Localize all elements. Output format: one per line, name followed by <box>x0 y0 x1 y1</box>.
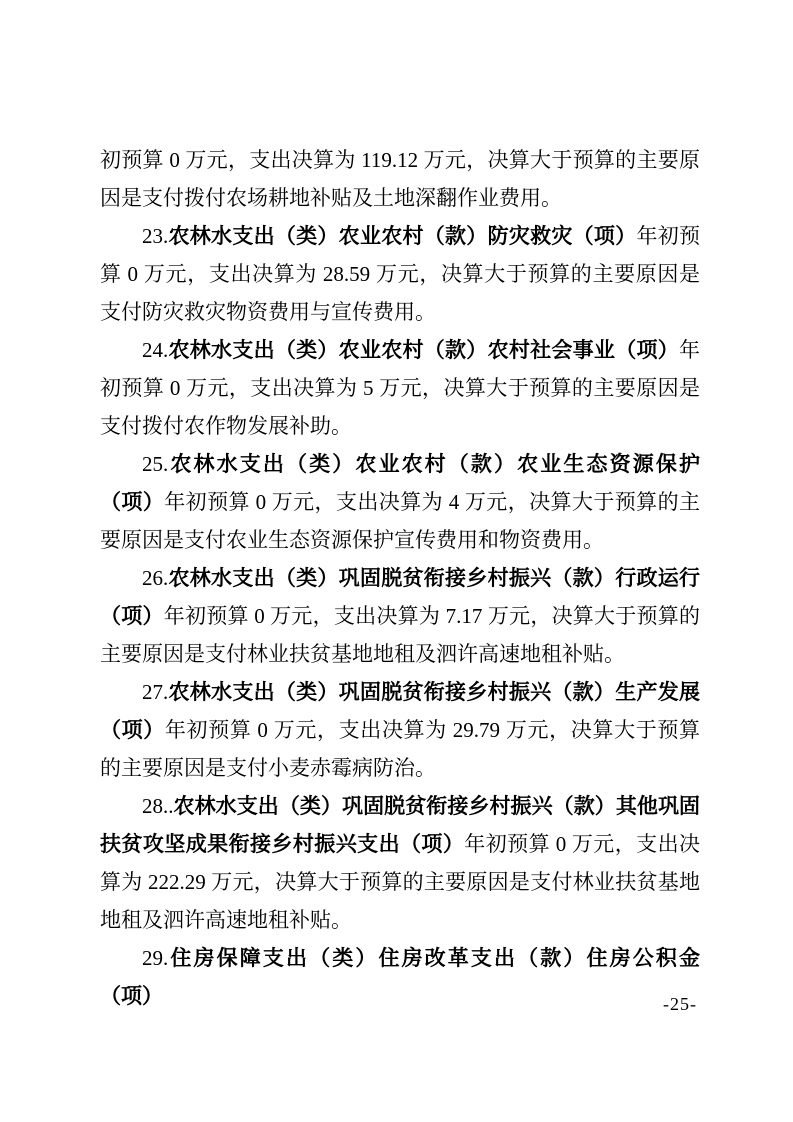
budget-item-text: 26. <box>142 566 168 590</box>
budget-item-text: 初预算 0 万元，支出决算为 119.12 万元，决算大于预算的主要原因是支付拨… <box>100 148 700 210</box>
budget-item-heading: 农林水支出（类）农业农村（款）防灾救灾（项） <box>168 224 636 248</box>
item-29: 29.住房保障支出（类）住房改革支出（款）住房公积金（项） <box>100 939 700 1015</box>
item-27: 27.农林水支出（类）巩固脱贫衔接乡村振兴（款）生产发展（项）年初预算 0 万元… <box>100 673 700 787</box>
budget-item-text: 28.. <box>142 794 174 818</box>
item-22-continuation: 初预算 0 万元，支出决算为 119.12 万元，决算大于预算的主要原因是支付拨… <box>100 141 700 217</box>
budget-item-text: 年初预算 0 万元，支出决算为 4 万元，决算大于预算的主要原因是支付农业生态资… <box>100 490 700 552</box>
page-number: -25- <box>663 994 697 1015</box>
budget-item-heading: 农林水支出（类）农业农村（款）农村社会事业（项） <box>168 338 679 362</box>
item-26: 26.农林水支出（类）巩固脱贫衔接乡村振兴（款）行政运行（项）年初预算 0 万元… <box>100 559 700 673</box>
budget-item-text: 年初预算 0 万元，支出决算为 29.79 万元，决算大于预算的主要原因是支付小… <box>100 718 700 780</box>
budget-item-text: 27. <box>142 680 168 704</box>
item-25: 25.农林水支出（类）农业农村（款）农业生态资源保护（项）年初预算 0 万元，支… <box>100 445 700 559</box>
budget-item-text: 23. <box>142 224 168 248</box>
document-page: 初预算 0 万元，支出决算为 119.12 万元，决算大于预算的主要原因是支付拨… <box>0 0 793 1122</box>
budget-item-text: 24. <box>142 338 168 362</box>
budget-item-heading: 住房保障支出（类）住房改革支出（款）住房公积金（项） <box>100 946 700 1008</box>
budget-item-text: 25. <box>142 452 168 476</box>
item-28: 28..农林水支出（类）巩固脱贫衔接乡村振兴（款）其他巩固扶贫攻坚成果衔接乡村振… <box>100 787 700 939</box>
budget-item-text: 29. <box>142 946 168 970</box>
budget-item-text: 年初预算 0 万元，支出决算为 7.17 万元，决算大于预算的主要原因是支付林业… <box>100 604 700 666</box>
item-24: 24.农林水支出（类）农业农村（款）农村社会事业（项）年初预算 0 万元，支出决… <box>100 331 700 445</box>
item-23: 23.农林水支出（类）农业农村（款）防灾救灾（项）年初预算 0 万元，支出决算为… <box>100 217 700 331</box>
document-body: 初预算 0 万元，支出决算为 119.12 万元，决算大于预算的主要原因是支付拨… <box>100 141 700 1015</box>
